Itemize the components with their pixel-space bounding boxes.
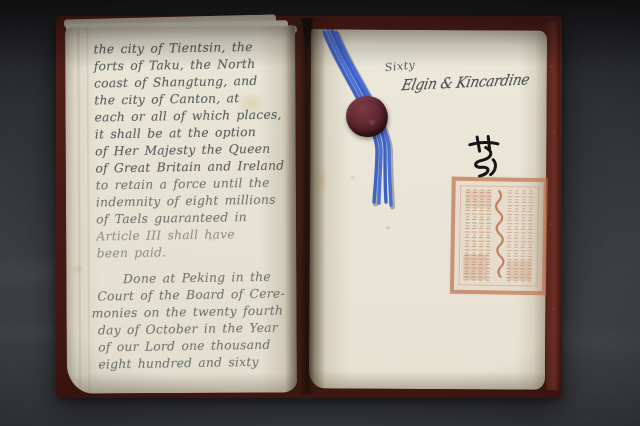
elgin-signature: Elgin & Kincardine: [400, 70, 555, 95]
manuscript-line: each or all of which places,: [94, 106, 292, 126]
handwritten-manuscript: the city of Tientsin, the forts of Taku,…: [93, 38, 296, 373]
manuscript-line: eight hundred and sixty: [98, 353, 296, 373]
docket-word: Sixty: [384, 58, 416, 74]
left-page: the city of Tientsin, the forts of Taku,…: [65, 25, 297, 393]
red-official-seal-stamp: [449, 176, 549, 297]
right-page: Sixty Elgin & Kincardine: [309, 29, 547, 389]
prince-gong-cipher-icon: [463, 134, 503, 182]
manuscript-line: been paid.: [97, 242, 295, 262]
photograph-of-open-treaty-book: the city of Tientsin, the forts of Taku,…: [0, 0, 640, 426]
